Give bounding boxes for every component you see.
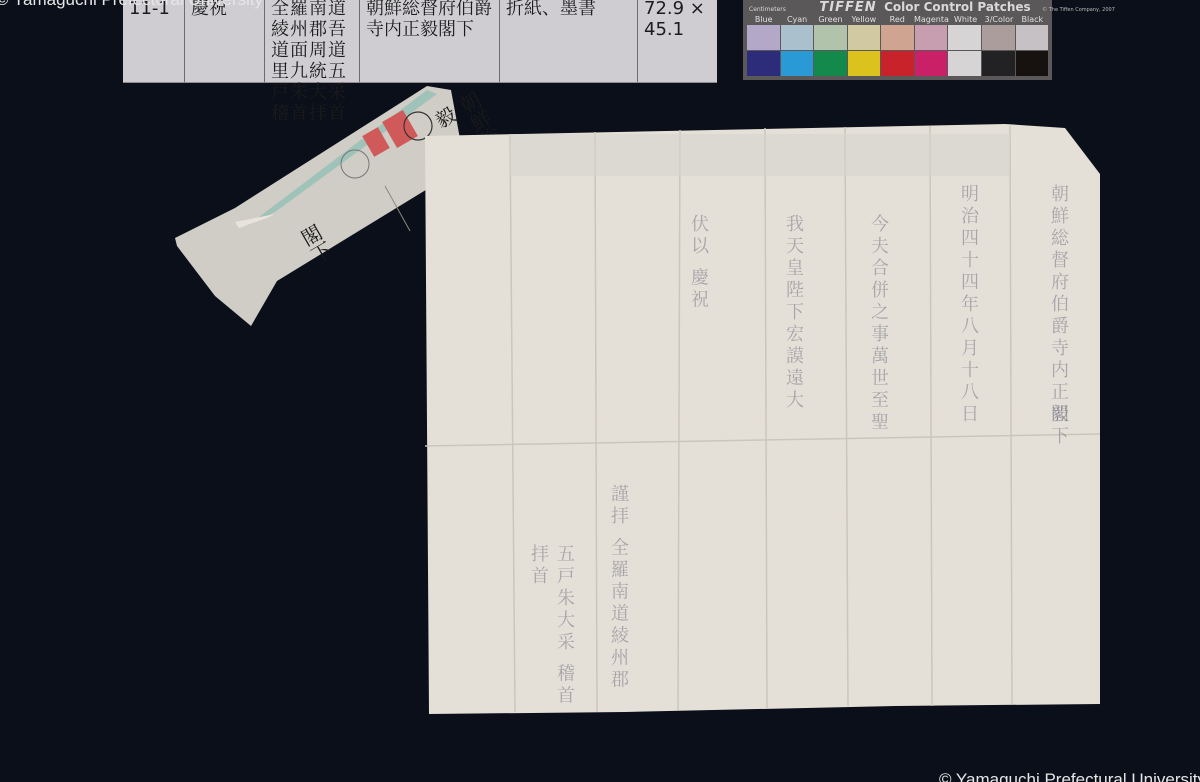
color-patch-cyan [781, 25, 814, 50]
color-patch-3-color [982, 25, 1015, 50]
letter-column: 伏以 慶祝 [685, 214, 711, 312]
catalog-sender-cell: 全羅南道綾州郡吾道面周道里九統五戸朱大采稽首拝首 [265, 0, 360, 82]
copyright-watermark-top: © Yamaguchi Prefectural University [0, 0, 263, 10]
color-patch-red [881, 25, 914, 50]
patch-label: Green [814, 15, 847, 24]
catalog-format-cell: 折紙、墨書 [500, 0, 638, 82]
patch-label: White [949, 15, 982, 24]
color-patch-black [1016, 25, 1049, 50]
letter-column: 明治四十四年八月十八日 [955, 184, 981, 426]
patch-label: Cyan [780, 15, 813, 24]
patch-label: Yellow [847, 15, 880, 24]
chart-title: Color Control Patches [884, 0, 1031, 14]
patch-label: 3/Color [982, 15, 1015, 24]
color-patch-yellow [848, 51, 881, 76]
color-patch-green [814, 51, 847, 76]
envelope: 朝鮮総督府伯爵寺内正毅 閣下 [175, 86, 465, 326]
letter-column: 閣下 [1045, 404, 1071, 448]
chart-top-row [747, 25, 1049, 50]
color-patch-3-color [982, 51, 1015, 76]
patch-label: Red [881, 15, 914, 24]
copyright-watermark-bottom: © Yamaguchi Prefectural University [939, 770, 1200, 782]
catalog-title-cell: 慶祝 [185, 0, 265, 82]
chart-bottom-row [747, 51, 1049, 76]
patch-label: Blue [747, 15, 780, 24]
color-patch-green [814, 25, 847, 50]
color-patch-magenta [915, 25, 948, 50]
color-patch-red [881, 51, 914, 76]
patch-label: Black [1016, 15, 1049, 24]
color-patch-blue [747, 25, 780, 50]
chart-brand: TIFFEN [819, 0, 876, 15]
chart-header: Centimeters TIFFEN Color Control Patches… [749, 0, 1115, 15]
chart-patch-labels: Blue Cyan Green Yellow Red Magenta White… [747, 15, 1049, 24]
color-control-chart: Centimeters TIFFEN Color Control Patches… [743, 0, 1052, 80]
letter-column: 今夫合併之事萬世至聖 [865, 214, 891, 434]
catalog-recipient-cell: 朝鮮総督府伯爵寺内正毅閣下 [360, 0, 500, 82]
catalog-size-cell: 72.9 × 45.1 [638, 0, 717, 82]
letter-column: 朝鮮総督府伯爵寺内正毅 [1045, 184, 1071, 426]
chart-unit-label: Centimeters [749, 6, 786, 13]
letter-column: 謹拝 全羅南道綾州郡 [605, 484, 631, 692]
patch-label: Magenta [914, 15, 949, 24]
chart-copyright: © The Tiffen Company, 2007 [1042, 7, 1115, 13]
color-patch-black [1016, 51, 1049, 76]
catalog-label-table: 11-1 慶祝 全羅南道綾州郡吾道面周道里九統五戸朱大采稽首拝首 朝鮮総督府伯爵… [123, 0, 717, 83]
catalog-number-cell: 11-1 [123, 0, 185, 82]
color-patch-blue [747, 51, 780, 76]
color-patch-yellow [848, 25, 881, 50]
folded-letter: 朝鮮総督府伯爵寺内正毅 閣下 明治四十四年八月十八日 今夫合併之事萬世至聖 我天… [425, 124, 1100, 714]
color-patch-white [948, 51, 981, 76]
letter-column: 我天皇陛下宏謨遠大 [780, 214, 806, 412]
color-patch-magenta [915, 51, 948, 76]
color-patch-white [948, 25, 981, 50]
color-patch-cyan [781, 51, 814, 76]
envelope-paper [175, 86, 465, 326]
letter-column: 五戸朱大采 稽首拝首 [525, 544, 577, 714]
